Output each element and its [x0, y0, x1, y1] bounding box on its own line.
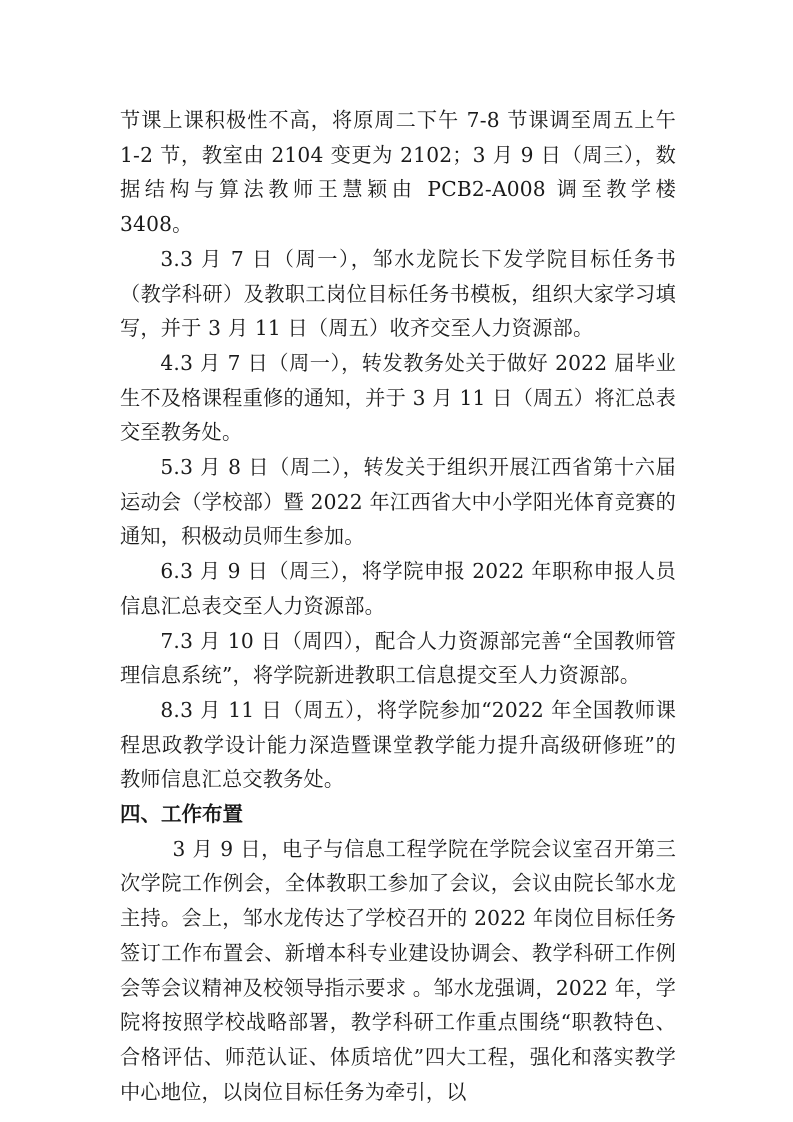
- item-number: 6.: [160, 559, 180, 583]
- item-number: 8.: [160, 698, 180, 722]
- list-item-4: 4.3 月 7 日（周一），转发教务处关于做好 2022 届毕业生不及格课程重修…: [120, 346, 676, 450]
- document-page: 节课上课积极性不高，将原周二下午 7-8 节课调至周五上午 1-2 节，教室由 …: [120, 103, 676, 1109]
- list-item-7: 7.3 月 10 日（周四），配合人力资源部完善“全国教师管理信息系统”，将学院…: [120, 624, 676, 693]
- item-text: 3 月 8 日（周二），转发关于组织开展江西省第十六届运动会（学校部）暨 202…: [120, 455, 676, 548]
- item-text: 3 月 10 日（周四），配合人力资源部完善“全国教师管理信息系统”，将学院新进…: [120, 629, 676, 688]
- list-item-3: 3.3 月 7 日（周一），邹水龙院长下发学院目标任务书（教学科研）及教职工岗位…: [120, 242, 676, 346]
- list-item-6: 6.3 月 9 日（周三），将学院申报 2022 年职称申报人员信息汇总表交至人…: [120, 554, 676, 623]
- continuation-paragraph: 节课上课积极性不高，将原周二下午 7-8 节课调至周五上午 1-2 节，教室由 …: [120, 103, 676, 242]
- section-heading: 四、工作布置: [120, 797, 676, 832]
- section-paragraph: 3 月 9 日，电子与信息工程学院在学院会议室召开第三次学院工作例会，全体教职工…: [120, 832, 676, 1110]
- list-item-8: 8.3 月 11 日（周五），将学院参加“2022 年全国教师课程思政教学设计能…: [120, 693, 676, 797]
- item-number: 3.: [160, 247, 180, 271]
- item-number: 7.: [160, 629, 180, 653]
- item-text: 3 月 11 日（周五），将学院参加“2022 年全国教师课程思政教学设计能力深…: [120, 698, 676, 791]
- item-text: 3 月 7 日（周一），转发教务处关于做好 2022 届毕业生不及格课程重修的通…: [120, 351, 676, 444]
- item-number: 5.: [160, 455, 180, 479]
- item-number: 4.: [160, 351, 180, 375]
- list-item-5: 5.3 月 8 日（周二），转发关于组织开展江西省第十六届运动会（学校部）暨 2…: [120, 450, 676, 554]
- item-text: 3 月 7 日（周一），邹水龙院长下发学院目标任务书（教学科研）及教职工岗位目标…: [120, 247, 676, 340]
- item-text: 3 月 9 日（周三），将学院申报 2022 年职称申报人员信息汇总表交至人力资…: [120, 559, 676, 618]
